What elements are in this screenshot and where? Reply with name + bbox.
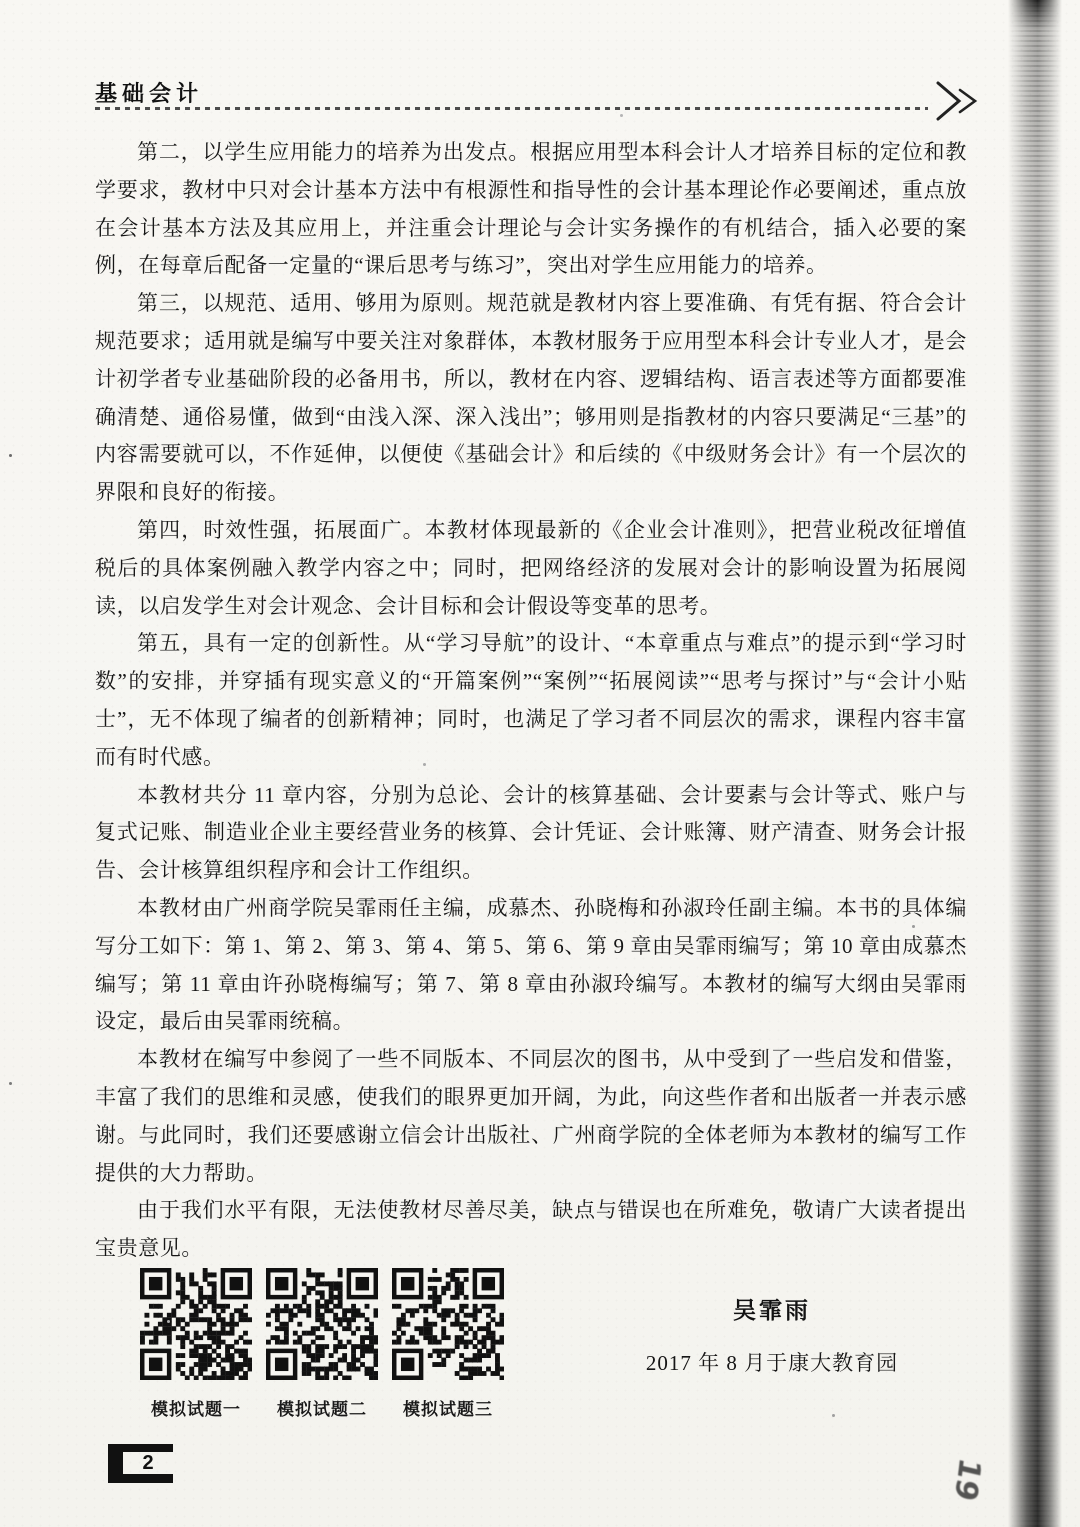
preface-body: 第二，以学生应用能力的培养为出发点。根据应用型本科会计人才培养目标的定位和教学要… — [95, 134, 967, 1268]
qr-caption: 模拟试题三 — [392, 1395, 504, 1420]
double-chevron-right-icon — [933, 80, 981, 122]
signature-block: 吴霏雨 2017 年 8 月于康大教育园 — [612, 1292, 932, 1377]
paragraph: 第二，以学生应用能力的培养为出发点。根据应用型本科会计人才培养目标的定位和教学要… — [95, 134, 967, 285]
scanned-book-page: 基础会计 第二，以学生应用能力的培养为出发点。根据应用型本科会计人才培养目标的定… — [0, 0, 1080, 1527]
qr-code-icon — [140, 1268, 252, 1380]
qr-figure-mock-exam-1: 模拟试题一 — [140, 1268, 252, 1420]
scan-edge-shadow — [1008, 0, 1062, 1527]
paragraph: 第三，以规范、适用、够用为原则。规范就是教材内容上要准确、有凭有据、符合会计规范… — [95, 285, 967, 512]
page-number: 2 — [142, 1453, 153, 1473]
handwritten-note: 19 — [947, 1455, 986, 1504]
qr-caption: 模拟试题二 — [266, 1395, 378, 1420]
signature-date-line: 2017 年 8 月于康大教育园 — [612, 1347, 932, 1377]
paragraph: 本教材在编写中参阅了一些不同版本、不同层次的图书，从中受到了一些启发和借鉴，丰富… — [95, 1041, 967, 1192]
scan-speckles — [9, 454, 12, 457]
qr-figure-mock-exam-3: 模拟试题三 — [392, 1268, 504, 1420]
header-dotted-rule — [95, 107, 928, 110]
paragraph: 本教材共分 11 章内容，分别为总论、会计的核算基础、会计要素与会计等式、账户与… — [95, 777, 967, 890]
qr-code-row: 模拟试题一 模拟试题二 模拟试题三 — [140, 1268, 504, 1420]
paragraph: 第四，时效性强，拓展面广。本教材体现最新的《企业会计准则》，把营业税改征增值税后… — [95, 512, 967, 625]
page-number-badge: 2 — [108, 1444, 173, 1483]
page-header-book-title: 基础会计 — [95, 77, 203, 108]
qr-code-icon — [392, 1268, 504, 1380]
qr-code-icon — [266, 1268, 378, 1380]
paragraph: 本教材由广州商学院吴霏雨任主编，成慕杰、孙晓梅和孙淑玲任副主编。本书的具体编写分… — [95, 890, 967, 1041]
qr-caption: 模拟试题一 — [140, 1395, 252, 1420]
paragraph: 由于我们水平有限，无法使教材尽善尽美，缺点与错误也在所难免，敬请广大读者提出宝贵… — [95, 1192, 967, 1268]
author-name: 吴霏雨 — [612, 1292, 932, 1325]
qr-figure-mock-exam-2: 模拟试题二 — [266, 1268, 378, 1420]
paragraph: 第五，具有一定的创新性。从“学习导航”的设计、“本章重点与难点”的提示到“学习时… — [95, 625, 967, 776]
